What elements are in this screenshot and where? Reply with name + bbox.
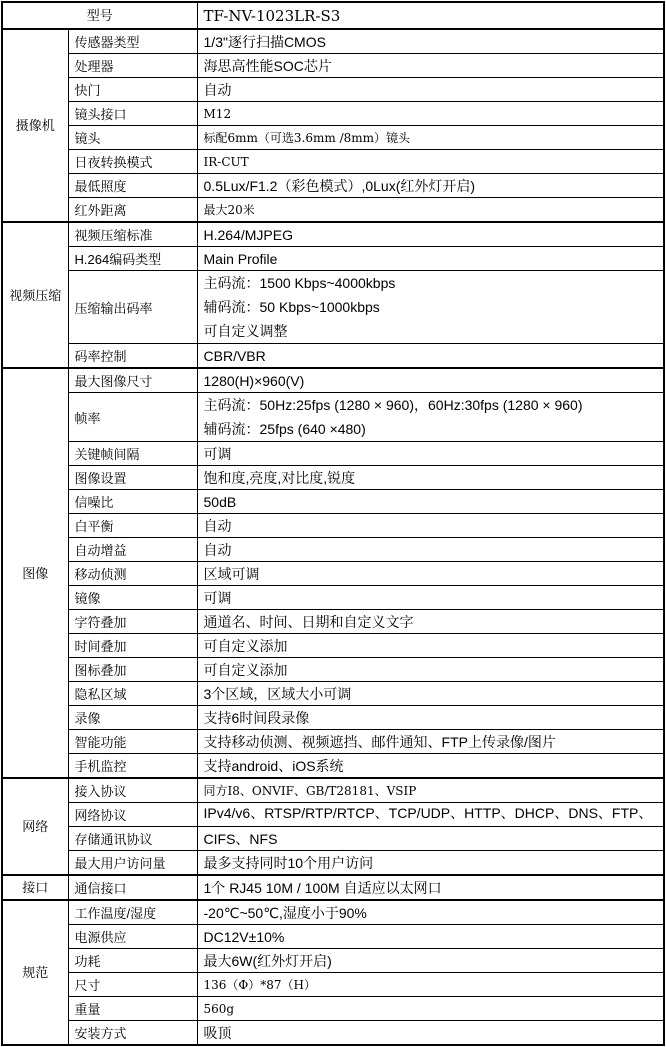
spec-value: IPv4/v6、RTSP/RTP/RTCP、TCP/UDP、HTTP、DHCP、… [197,803,664,827]
spec-value: 标配6mm（可选3.6mm /8mm）镜头 [197,126,664,150]
spec-value: 136（Φ）*87（H） [197,973,664,997]
spec-label: 码率控制 [68,344,197,369]
spec-row: 处理器海思高性能SOC芯片 [2,54,664,78]
spec-value: 支持android、iOS系统 [197,754,664,779]
spec-label: 安装方式 [68,1021,197,1046]
category-cell: 接口 [2,875,68,900]
spec-row: 尺寸136（Φ）*87（H） [2,973,664,997]
spec-row: 安装方式吸顶 [2,1021,664,1046]
spec-value-line: 辅码流：25fps (640 ×480) [198,417,663,441]
spec-row: 移动侦测区域可调 [2,562,664,586]
category-cell: 视频压缩 [2,222,68,368]
spec-label: 工作温度/湿度 [68,900,197,925]
spec-row: 帧率主码流：50Hz:25fps (1280 × 960)，60Hz:30fps… [2,393,664,442]
spec-row: 规范工作温度/湿度-20℃~50℃,湿度小于90% [2,900,664,925]
spec-value: 最多支持同时10个用户访问 [197,851,664,876]
spec-value: CIFS、NFS [197,827,664,851]
spec-label: 时间叠加 [68,634,197,658]
spec-row: 字符叠加通道名、时间、日期和自定义文字 [2,610,664,634]
spec-label: 镜头接口 [68,102,197,126]
spec-value: 3个区域，区域大小可调 [197,682,664,706]
spec-row: 电源供应DC12V±10% [2,925,664,949]
spec-value: H.264/MJPEG [197,222,664,247]
spec-row: 接口通信接口1个 RJ45 10M / 100M 自适应以太网口 [2,875,664,900]
spec-row: 镜头接口M12 [2,102,664,126]
spec-label: H.264编码类型 [68,247,197,271]
spec-value: 主码流：1500 Kbps~4000kbps辅码流：50 Kbps~1000kb… [197,271,664,344]
spec-value: 可调 [197,586,664,610]
spec-value: M12 [197,102,664,126]
spec-row: 功耗最大6W(红外灯开启) [2,949,664,973]
spec-label: 尺寸 [68,973,197,997]
spec-row: H.264编码类型Main Profile [2,247,664,271]
spec-label: 传感器类型 [68,29,197,54]
spec-label: 最低照度 [68,174,197,198]
spec-label: 自动增益 [68,538,197,562]
spec-label: 压缩输出码率 [68,271,197,344]
spec-value: 可自定义添加 [197,658,664,682]
model-label: 型号 [2,2,197,29]
spec-row: 压缩输出码率主码流：1500 Kbps~4000kbps辅码流：50 Kbps~… [2,271,664,344]
spec-row: 日夜转换模式IR-CUT [2,150,664,174]
spec-label: 字符叠加 [68,610,197,634]
spec-label: 录像 [68,706,197,730]
spec-row: 摄像机传感器类型1/3"逐行扫描CMOS [2,29,664,54]
spec-row: 最低照度0.5Lux/F1.2（彩色模式）,0Lux(红外灯开启) [2,174,664,198]
spec-label: 接入协议 [68,778,197,803]
model-row: 型号 TF-NV-1023LR-S3 [2,2,664,29]
spec-value: 最大20米 [197,198,664,223]
spec-value: 最大6W(红外灯开启) [197,949,664,973]
spec-label: 隐私区域 [68,682,197,706]
spec-label: 智能功能 [68,730,197,754]
spec-value: IR-CUT [197,150,664,174]
spec-value: 1/3"逐行扫描CMOS [197,29,664,54]
spec-label: 关键帧间隔 [68,442,197,466]
spec-value: 可调 [197,442,664,466]
spec-row: 手机监控支持android、iOS系统 [2,754,664,779]
spec-label: 重量 [68,997,197,1021]
spec-body: 型号 TF-NV-1023LR-S3 摄像机传感器类型1/3"逐行扫描CMOS处… [2,2,664,1045]
spec-value: 自动 [197,78,664,102]
spec-label: 存储通讯协议 [68,827,197,851]
spec-row: 网络接入协议同方I8、ONVIF、GB/T28181、VSIP [2,778,664,803]
spec-value: 自动 [197,538,664,562]
spec-value: DC12V±10% [197,925,664,949]
spec-row: 图像最大图像尺寸1280(H)×960(V) [2,368,664,393]
clipped-value-box: IPv4/v6、RTSP/RTP/RTCP、TCP/UDP、HTTP、DHCP、… [198,803,663,826]
spec-value: CBR/VBR [197,344,664,369]
spec-value: 饱和度,亮度,对比度,锐度 [197,466,664,490]
spec-value: 海思高性能SOC芯片 [197,54,664,78]
spec-value: 自动 [197,514,664,538]
spec-label: 最大图像尺寸 [68,368,197,393]
spec-value: -20℃~50℃,湿度小于90% [197,900,664,925]
spec-value: 560g [197,997,664,1021]
spec-value: 同方I8、ONVIF、GB/T28181、VSIP [197,778,664,803]
model-value: TF-NV-1023LR-S3 [197,2,664,29]
spec-value: 1280(H)×960(V) [197,368,664,393]
spec-value-line: 主码流：50Hz:25fps (1280 × 960)，60Hz:30fps (… [198,393,663,417]
category-cell: 规范 [2,900,68,1045]
spec-row: 码率控制CBR/VBR [2,344,664,369]
spec-row: 最大用户访问量最多支持同时10个用户访问 [2,851,664,876]
spec-label: 图像设置 [68,466,197,490]
category-cell: 网络 [2,778,68,875]
spec-row: 录像支持6时间段录像 [2,706,664,730]
spec-row: 时间叠加可自定义添加 [2,634,664,658]
spec-table: 型号 TF-NV-1023LR-S3 摄像机传感器类型1/3"逐行扫描CMOS处… [1,1,665,1046]
spec-label: 快门 [68,78,197,102]
spec-row: 白平衡自动 [2,514,664,538]
spec-label: 通信接口 [68,875,197,900]
spec-value: 0.5Lux/F1.2（彩色模式）,0Lux(红外灯开启) [197,174,664,198]
spec-row: 快门自动 [2,78,664,102]
spec-label: 移动侦测 [68,562,197,586]
spec-label: 最大用户访问量 [68,851,197,876]
spec-value: 支持6时间段录像 [197,706,664,730]
spec-label: 手机监控 [68,754,197,779]
spec-value: Main Profile [197,247,664,271]
spec-row: 隐私区域3个区域，区域大小可调 [2,682,664,706]
spec-row: 图像设置饱和度,亮度,对比度,锐度 [2,466,664,490]
spec-label: 电源供应 [68,925,197,949]
spec-row: 信噪比50dB [2,490,664,514]
spec-value: 通道名、时间、日期和自定义文字 [197,610,664,634]
spec-value-line: IPv4/v6、RTSP/RTP/RTCP、TCP/UDP、HTTP、DHCP、… [198,803,663,824]
spec-value-line: 主码流：1500 Kbps~4000kbps [198,271,663,295]
spec-row: 自动增益自动 [2,538,664,562]
spec-value: 区域可调 [197,562,664,586]
spec-row: 重量560g [2,997,664,1021]
spec-label: 帧率 [68,393,197,442]
spec-label: 图标叠加 [68,658,197,682]
spec-value: 主码流：50Hz:25fps (1280 × 960)，60Hz:30fps (… [197,393,664,442]
spec-value: 吸顶 [197,1021,664,1046]
spec-value-line: 辅码流：50 Kbps~1000kbps [198,295,663,319]
spec-value: 1个 RJ45 10M / 100M 自适应以太网口 [197,875,664,900]
spec-row: 镜像可调 [2,586,664,610]
spec-row: 图标叠加可自定义添加 [2,658,664,682]
spec-row: 视频压缩视频压缩标准H.264/MJPEG [2,222,664,247]
spec-row: 关键帧间隔可调 [2,442,664,466]
spec-value: 支持移动侦测、视频遮挡、邮件通知、FTP上传录像/图片 [197,730,664,754]
spec-row: 智能功能支持移动侦测、视频遮挡、邮件通知、FTP上传录像/图片 [2,730,664,754]
spec-label: 白平衡 [68,514,197,538]
spec-row: 网络协议IPv4/v6、RTSP/RTP/RTCP、TCP/UDP、HTTP、D… [2,803,664,827]
spec-value-line: 可自定义调整 [198,319,663,343]
spec-label: 红外距离 [68,198,197,223]
spec-row: 红外距离最大20米 [2,198,664,223]
spec-label: 功耗 [68,949,197,973]
spec-label: 信噪比 [68,490,197,514]
spec-label: 镜头 [68,126,197,150]
spec-value: 50dB [197,490,664,514]
spec-label: 镜像 [68,586,197,610]
spec-value: 可自定义添加 [197,634,664,658]
spec-row: 存储通讯协议CIFS、NFS [2,827,664,851]
category-cell: 摄像机 [2,29,68,222]
spec-label: 日夜转换模式 [68,150,197,174]
spec-row: 镜头标配6mm（可选3.6mm /8mm）镜头 [2,126,664,150]
spec-label: 处理器 [68,54,197,78]
category-cell: 图像 [2,368,68,778]
spec-label: 视频压缩标准 [68,222,197,247]
spec-label: 网络协议 [68,803,197,827]
